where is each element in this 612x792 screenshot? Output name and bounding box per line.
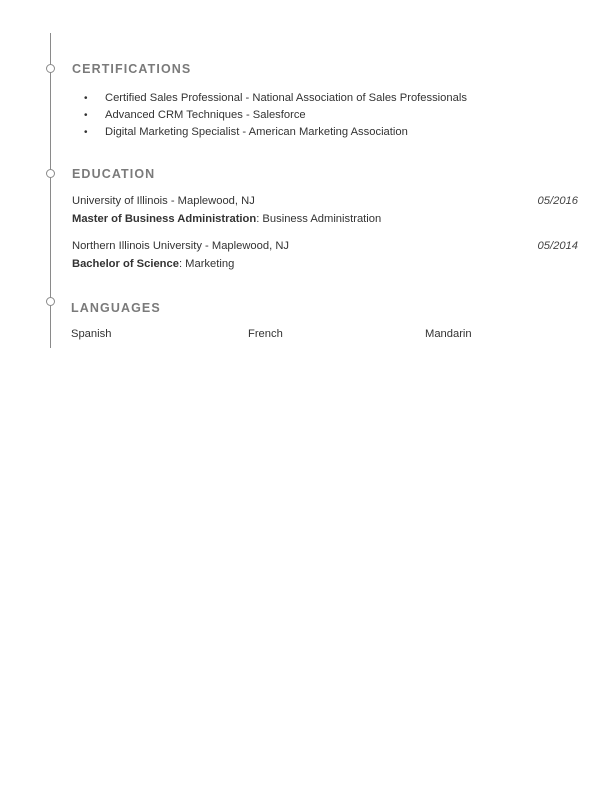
- certifications-list: •Certified Sales Professional - National…: [84, 90, 467, 141]
- education-degree: Bachelor of Science: [72, 258, 179, 270]
- certification-item: •Digital Marketing Specialist - American…: [84, 124, 467, 141]
- bullet-icon: •: [84, 124, 88, 141]
- certifications-heading: CERTIFICATIONS: [72, 62, 191, 76]
- education-school: University of Illinois - Maplewood, NJ: [72, 195, 255, 207]
- bullet-icon: •: [84, 90, 88, 107]
- language-item: Spanish: [71, 328, 111, 340]
- timeline-dot-certifications: [46, 64, 55, 73]
- timeline-dot-languages: [46, 297, 55, 306]
- certification-text: Certified Sales Professional - National …: [105, 92, 467, 104]
- language-item: Mandarin: [425, 328, 472, 340]
- certification-item: •Certified Sales Professional - National…: [84, 90, 467, 107]
- education-field: : Marketing: [179, 258, 234, 270]
- timeline-dot-education: [46, 169, 55, 178]
- certification-text: Digital Marketing Specialist - American …: [105, 126, 408, 138]
- education-date: 05/2014: [538, 240, 578, 252]
- education-degree: Master of Business Administration: [72, 213, 256, 225]
- language-item: French: [248, 328, 283, 340]
- education-school: Northern Illinois University - Maplewood…: [72, 240, 289, 252]
- education-degree-line: Bachelor of Science: Marketing: [72, 258, 234, 270]
- education-degree-line: Master of Business Administration: Busin…: [72, 213, 381, 225]
- education-heading: EDUCATION: [72, 167, 155, 181]
- certification-text: Advanced CRM Techniques - Salesforce: [105, 109, 306, 121]
- education-field: : Business Administration: [256, 213, 381, 225]
- education-date: 05/2016: [538, 195, 578, 207]
- bullet-icon: •: [84, 107, 88, 124]
- languages-heading: LANGUAGES: [71, 301, 161, 315]
- certification-item: •Advanced CRM Techniques - Salesforce: [84, 107, 467, 124]
